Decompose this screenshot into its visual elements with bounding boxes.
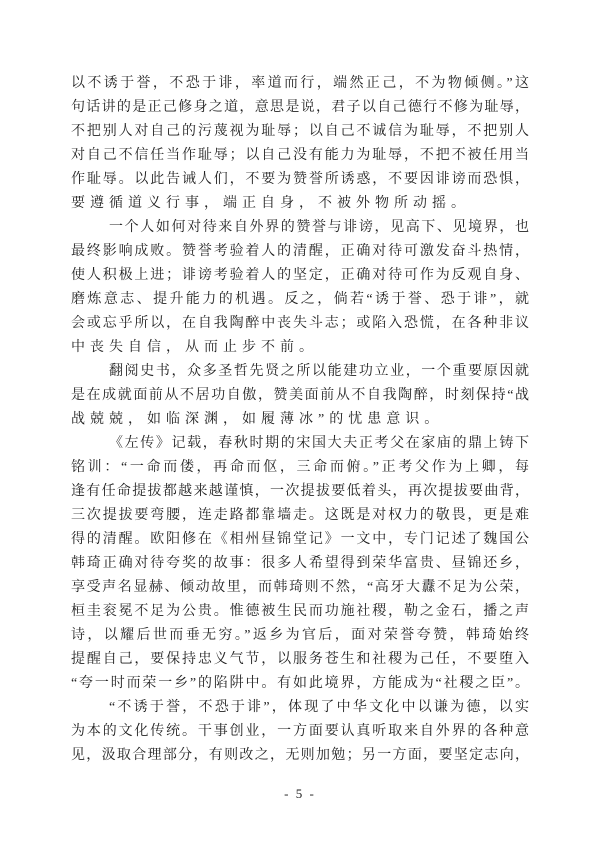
text-line: 桓圭衮冕不足为公贵。惟德被生民而功施社稷，勒之金石，播之声 — [71, 600, 529, 624]
text-line: 最终影响成败。赞誉考验着人的清醒，正确对待可激发奋斗热情， — [71, 240, 529, 264]
text-line: 三次提拔要弯腰，连走路都靠墙走。这既是对权力的敬畏，更是难 — [71, 504, 529, 528]
text-line: 是在成就面前从不居功自傲，赞美面前从不自我陶醉，时刻保持“战 — [71, 384, 529, 408]
text-line: 对自己不信任当作耻辱；以自己没有能力为耻辱，不把不被任用当 — [71, 144, 529, 168]
text-line: 会或忘乎所以，在自我陶醉中丧失斗志；或陷入恐慌，在各种非议 — [71, 312, 529, 336]
text-line: 铭训：“一命而偻，再命而伛，三命而俯。”正考父作为上卿，每 — [71, 456, 529, 480]
text-line: 逢有任命提拔都越来越谨慎，一次提拔要低着头，再次提拔要曲背， — [71, 480, 529, 504]
text-line: 以不诱于誉，不恐于诽，率道而行，端然正己，不为物倾侧。”这 — [71, 72, 529, 96]
text-line: 韩琦正确对待夸奖的故事：很多人希望得到荣华富贵、昼锦还乡， — [71, 552, 529, 576]
text-block: 以不诱于誉，不恐于诽，率道而行，端然正己，不为物倾侧。”这句话讲的是正己修身之道… — [71, 72, 529, 768]
text-line: 提醒自己，要保持忠义气节，以服务苍生和社稷为己任，不要堕入 — [71, 648, 529, 672]
text-line: 不把别人对自己的污蔑视为耻辱；以自己不诚信为耻辱，不把别人 — [71, 120, 529, 144]
text-line: “夸一时而荣一乡”的陷阱中。有如此境界，方能成为“社稷之臣”。 — [71, 672, 529, 696]
text-line: 一个人如何对待来自外界的赞誉与诽谤，见高下、见境界，也 — [71, 216, 529, 240]
text-line: 中丧失自信，从而止步不前。 — [71, 336, 529, 360]
text-line: 见，汲取合理部分，有则改之，无则加勉；另一方面，要坚定志向， — [71, 744, 529, 768]
text-line: 使人积极上进；诽谤考验着人的坚定，正确对待可作为反观自身、 — [71, 264, 529, 288]
text-line: 为本的文化传统。干事创业，一方面要认真听取来自外界的各种意 — [71, 720, 529, 744]
text-line: 要遵循道义行事，端正自身，不被外物所动摇。 — [71, 192, 529, 216]
page-number: - 5 - — [0, 786, 600, 802]
text-line: 享受声名显赫、倾动故里，而韩琦则不然，“高牙大纛不足为公荣， — [71, 576, 529, 600]
text-line: 作耻辱。以此告诫人们，不要为赞誉所诱惑，不要因诽谤而恐惧， — [71, 168, 529, 192]
text-line: 翻阅史书，众多圣哲先贤之所以能建功立业，一个重要原因就 — [71, 360, 529, 384]
text-line: 《左传》记载，春秋时期的宋国大夫正考父在家庙的鼎上铸下 — [71, 432, 529, 456]
text-line: 句话讲的是正己修身之道，意思是说，君子以自己德行不修为耻辱， — [71, 96, 529, 120]
text-line: 磨炼意志、提升能力的机遇。反之，倘若“诱于誉、恐于诽”，就 — [71, 288, 529, 312]
text-line: 诗，以耀后世而垂无穷。”返乡为官后，面对荣誉夸赞，韩琦始终 — [71, 624, 529, 648]
document-page: 以不诱于誉，不恐于诽，率道而行，端然正己，不为物倾侧。”这句话讲的是正己修身之道… — [0, 0, 600, 849]
text-line: “不诱于誉，不恐于诽”，体现了中华文化中以谦为德，以实 — [71, 696, 529, 720]
text-line: 战兢兢，如临深渊，如履薄冰”的忧患意识。 — [71, 408, 529, 432]
text-line: 得的清醒。欧阳修在《相州昼锦堂记》一文中，专门记述了魏国公 — [71, 528, 529, 552]
